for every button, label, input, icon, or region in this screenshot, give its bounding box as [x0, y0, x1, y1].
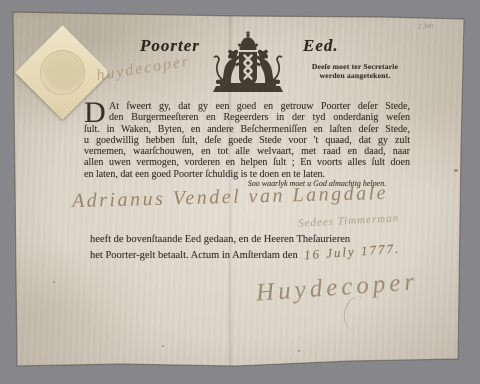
oath-line: den Burgermeeſteren en Regeerders in der… [84, 112, 410, 123]
oath-paragraph: D At ſweert gy, dat gy een goed en getro… [84, 101, 410, 180]
oath-line: u goedwillig hebben ſult, deſe goede Ste… [84, 135, 410, 146]
footer-line2: het Poorter-gelt betaalt. Actum in Amſte… [90, 246, 400, 262]
photo-of-poorter-eed-document: Poorter Eed. [0, 0, 480, 384]
title-eed: Eed. [303, 36, 339, 56]
drop-cap: D [84, 101, 109, 123]
oath-line: vernemen, waarſchouwen, en tot alle welv… [84, 146, 410, 157]
footer-line1: heeft de bovenſtaande Eed gedaan, en de … [90, 234, 350, 245]
secretary-note-line1: Deeſe moet ter Secretarie [294, 62, 416, 71]
oath-line: allen uwen vermogen, vorderen en helpen … [84, 157, 410, 168]
amsterdam-coat-of-arms-icon [203, 30, 293, 95]
oath-line: ſult. in Waken, Byten, en andere Beſcher… [84, 124, 410, 135]
secretary-note: Deeſe moet ter Secretarie werden aangete… [294, 62, 416, 80]
title-poorter: Poorter [140, 36, 200, 56]
handwritten-corner-note: 2 Jun [418, 21, 434, 31]
oath-line: At ſweert gy, dat gy een goed en getrouw… [84, 101, 410, 112]
secretary-note-line2: werden aangetekent. [294, 71, 416, 80]
footer-line2-text: het Poorter-gelt betaalt. Actum in Amſte… [90, 250, 298, 261]
